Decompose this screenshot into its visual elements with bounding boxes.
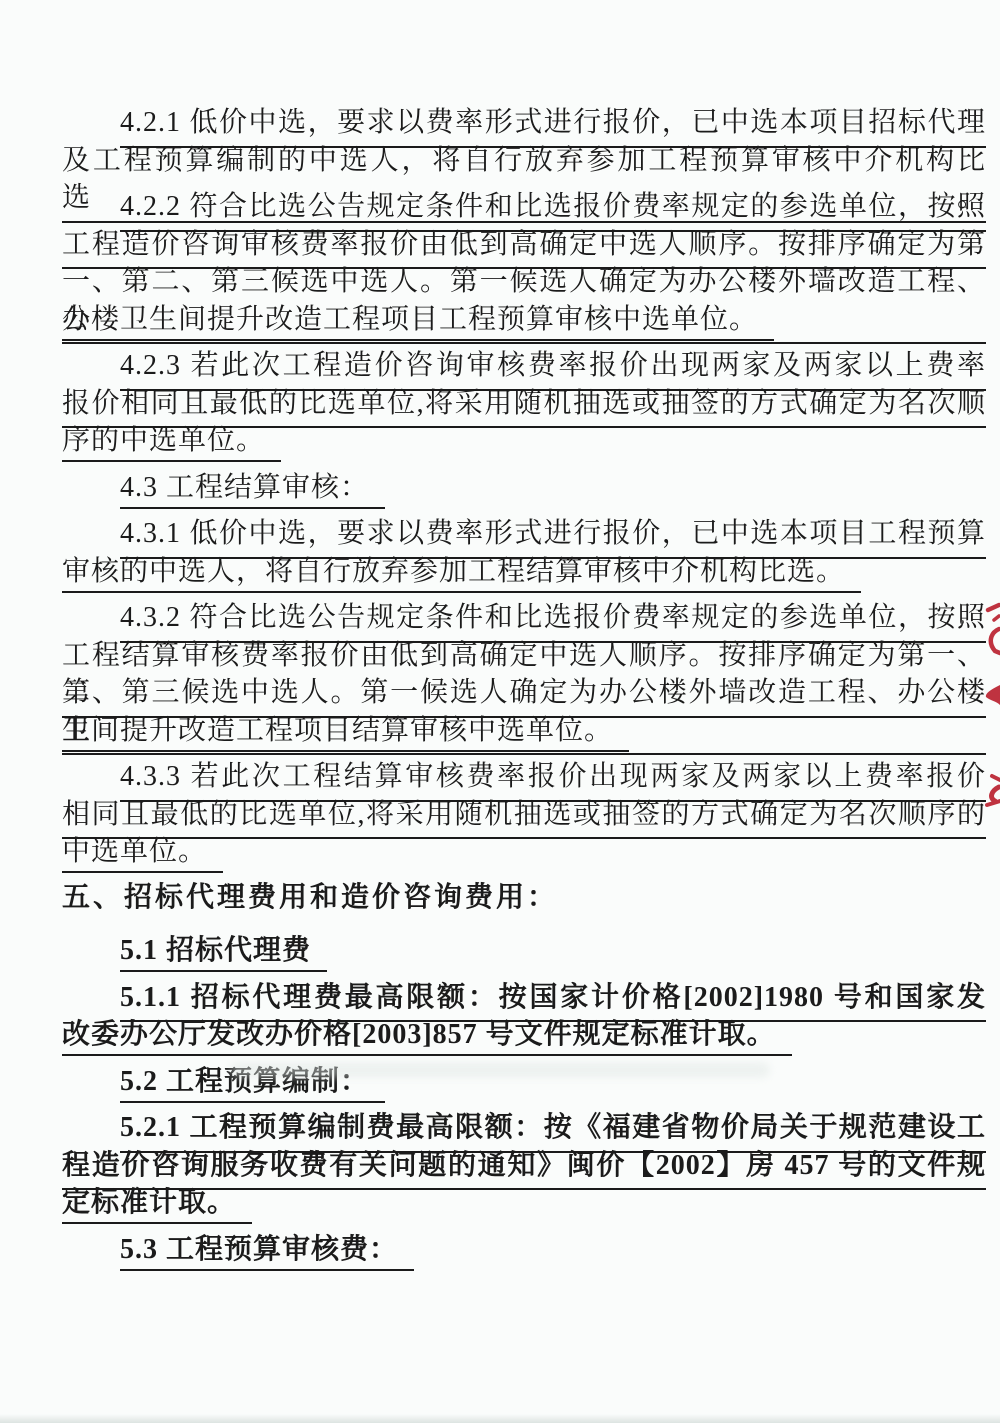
line-text: 五、招标代理费用和造价咨询费用： [62,882,558,913]
scan-speck [960,620,964,624]
line-text: 4.3.2 符合比选公告规定条件和比选报价费率规定的参选单位，按照 [120,599,986,643]
text-line: 4.3.3 若此次工程结算审核费率报价出现两家及两家以上费率报价 [62,758,986,796]
text-line: 审核的中选人，将自行放弃参加工程结算审核中介机构比选。 [62,553,986,591]
red-ink-mark-top-icon [982,601,1000,657]
text-line: 4.2.3 若此次工程造价咨询审核费率报价出现两家及两家以上费率 [62,347,986,385]
text-line: 及工程预算编制的中选人，将自行放弃参加工程预算审核中介机构比选。 [62,142,986,180]
text-line: 生间提升改造工程项目结算审核中选单位。 [62,712,986,750]
line-text: 序的中选单位。 [62,425,281,462]
text-line: 二、第三候选中选人。第一候选人确定为办公楼外墙改造工程、办公楼卫 [62,674,986,712]
scan-bottom-edge [0,1414,1000,1423]
line-text: 4.3.1 低价中选，要求以费率形式进行报价，已中选本项目工程预算 [120,515,986,559]
line-text: 5.1 招标代理费 [120,935,327,972]
text-line: 相同且最低的比选单位,将采用随机抽选或抽签的方式确定为名次顺序的 [62,796,986,834]
text-line: 公楼卫生间提升改造工程项目工程预算审核中选单位。 [62,301,986,339]
text-line: 4.3 工程结算审核： [62,469,986,507]
text-line: 一、第二、第三候选中选人。第一候选人确定为办公楼外墙改造工程、办 [62,263,986,301]
line-text: 4.3 工程结算审核： [120,472,385,509]
text-line: 工程结算审核费率报价由低到高确定中选人顺序。按排序确定为第一、第 [62,637,986,675]
line-text: 生间提升改造工程项目结算审核中选单位。 [62,715,629,752]
line-text: 4.2.3 若此次工程造价咨询审核费率报价出现两家及两家以上费率 [120,347,986,391]
line-text: 5.3 工程预算审核费： [120,1234,414,1271]
line-text: 公楼卫生间提升改造工程项目工程预算审核中选单位。 [62,304,774,341]
line-text: 中选单位。 [62,836,223,873]
text-line: 5.1.1 招标代理费最高限额：按国家计价格[2002]1980 号和国家发 [62,979,986,1017]
line-text: 定标准计取。 [62,1187,252,1224]
text-line: 4.2.1 低价中选，要求以费率形式进行报价，已中选本项目招标代理 [62,104,986,142]
line-text: 5.2.1 工程预算编制费最高限额：按《福建省物价局关于规范建设工 [120,1109,986,1153]
line-text: 4.3.3 若此次工程结算审核费率报价出现两家及两家以上费率报价 [120,758,986,802]
text-line: 程造价咨询服务收费有关问题的通知》闽价【2002】房 457 号的文件规 [62,1147,986,1185]
text-line: 5.3 工程预算审核费： [62,1231,986,1269]
text-line: 中选单位。 [62,833,986,871]
text-line: 5.1 招标代理费 [62,932,986,970]
text-line: 定标准计取。 [62,1184,986,1222]
line-text: 改委办公厅发改办价格[2003]857 号文件规定标准计取。 [62,1019,792,1056]
ink-bleed-smudge [230,1062,770,1078]
text-line: 序的中选单位。 [62,422,986,460]
text-line: 4.2.2 符合比选公告规定条件和比选报价费率规定的参选单位，按照 [62,188,986,226]
text-line: 5.2.1 工程预算编制费最高限额：按《福建省物价局关于规范建设工 [62,1109,986,1147]
scanned-document-page: 4.2.1 低价中选，要求以费率形式进行报价，已中选本项目招标代理及工程预算编制… [0,0,1000,1423]
text-line: 五、招标代理费用和造价咨询费用： [62,879,986,917]
red-ink-mark-bottom-icon [980,771,1000,809]
line-text: 审核的中选人，将自行放弃参加工程结算审核中介机构比选。 [62,556,861,593]
red-ink-mark-middle-icon [982,682,1000,708]
text-line: 工程造价咨询审核费率报价由低到高确定中选人顺序。按排序确定为第 [62,226,986,264]
line-text: 4.2.1 低价中选，要求以费率形式进行报价，已中选本项目招标代理 [120,104,986,148]
text-line: 改委办公厅发改办价格[2003]857 号文件规定标准计取。 [62,1016,986,1054]
text-line: 报价相同且最低的比选单位,将采用随机抽选或抽签的方式确定为名次顺 [62,385,986,423]
text-line: 4.3.2 符合比选公告规定条件和比选报价费率规定的参选单位，按照 [62,599,986,637]
text-line: 4.3.1 低价中选，要求以费率形式进行报价，已中选本项目工程预算 [62,515,986,553]
line-text: 4.2.2 符合比选公告规定条件和比选报价费率规定的参选单位，按照 [120,188,986,232]
document-body: 4.2.1 低价中选，要求以费率形式进行报价，已中选本项目招标代理及工程预算编制… [62,104,986,1268]
